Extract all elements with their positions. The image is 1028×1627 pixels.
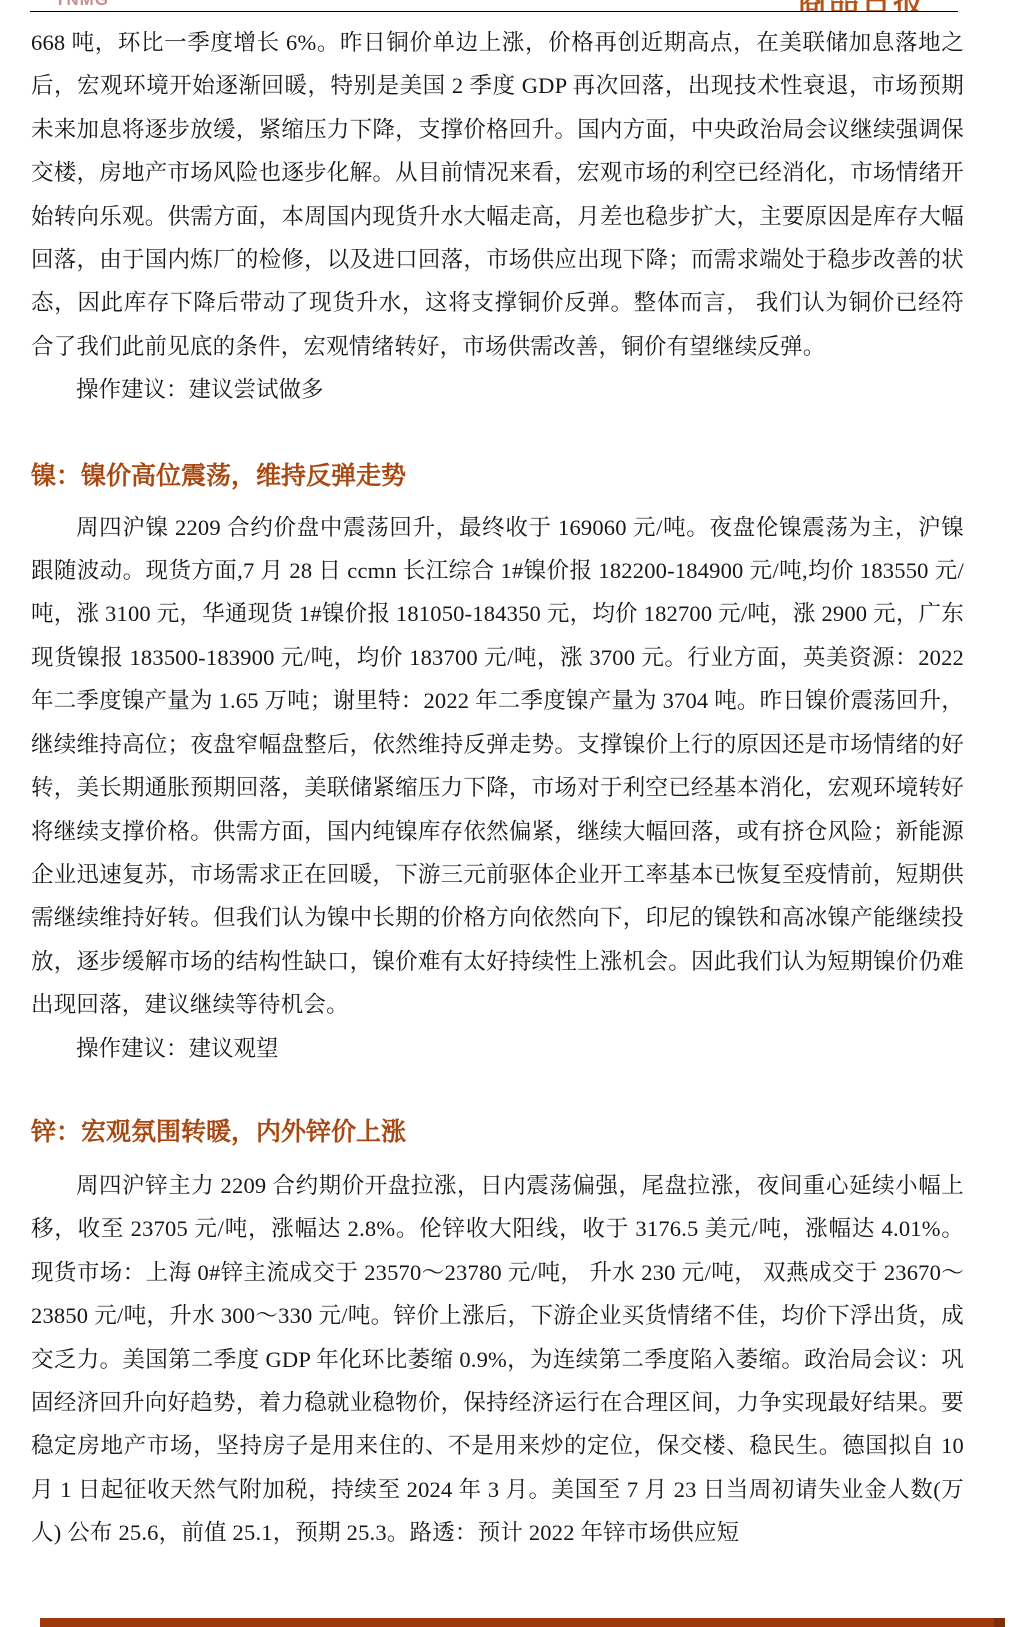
nickel-heading: 镍：镍价高位震荡，维持反弹走势: [31, 461, 964, 493]
page-header: TNMG 商品日报: [0, 0, 1028, 12]
section-copper: 668 吨，环比一季度增长 6%。昨日铜价单边上涨，价格再创近期高点，在美联储加…: [31, 21, 964, 412]
header-divider: [30, 11, 958, 12]
section-nickel: 镍：镍价高位震荡，维持反弹走势 周四沪镍 2209 合约价盘中震荡回升，最终收于…: [31, 461, 964, 1070]
nickel-paragraph: 周四沪镍 2209 合约价盘中震荡回升，最终收于 169060 元/吨。夜盘伦镍…: [31, 506, 964, 1027]
nickel-advice: 操作建议：建议观望: [31, 1027, 964, 1070]
section-zinc: 锌：宏观氛围转暖，内外锌价上涨 周四沪锌主力 2209 合约期价开盘拉涨，日内震…: [31, 1117, 964, 1555]
report-body: 668 吨，环比一季度增长 6%。昨日铜价单边上涨，价格再创近期高点，在美联储加…: [31, 21, 964, 1555]
zinc-paragraph: 周四沪锌主力 2209 合约期价开盘拉涨，日内震荡偏强，尾盘拉涨，夜间重心延续小…: [31, 1164, 964, 1555]
report-page: TNMG 商品日报 668 吨，环比一季度增长 6%。昨日铜价单边上涨，价格再创…: [0, 0, 1028, 1627]
copper-advice: 操作建议：建议尝试做多: [31, 368, 964, 411]
zinc-heading: 锌：宏观氛围转暖，内外锌价上涨: [31, 1117, 964, 1149]
company-logo: TNMG: [55, 0, 109, 10]
footer-divider-bar: [40, 1618, 1005, 1627]
copper-paragraph: 668 吨，环比一季度增长 6%。昨日铜价单边上涨，价格再创近期高点，在美联储加…: [31, 21, 964, 368]
